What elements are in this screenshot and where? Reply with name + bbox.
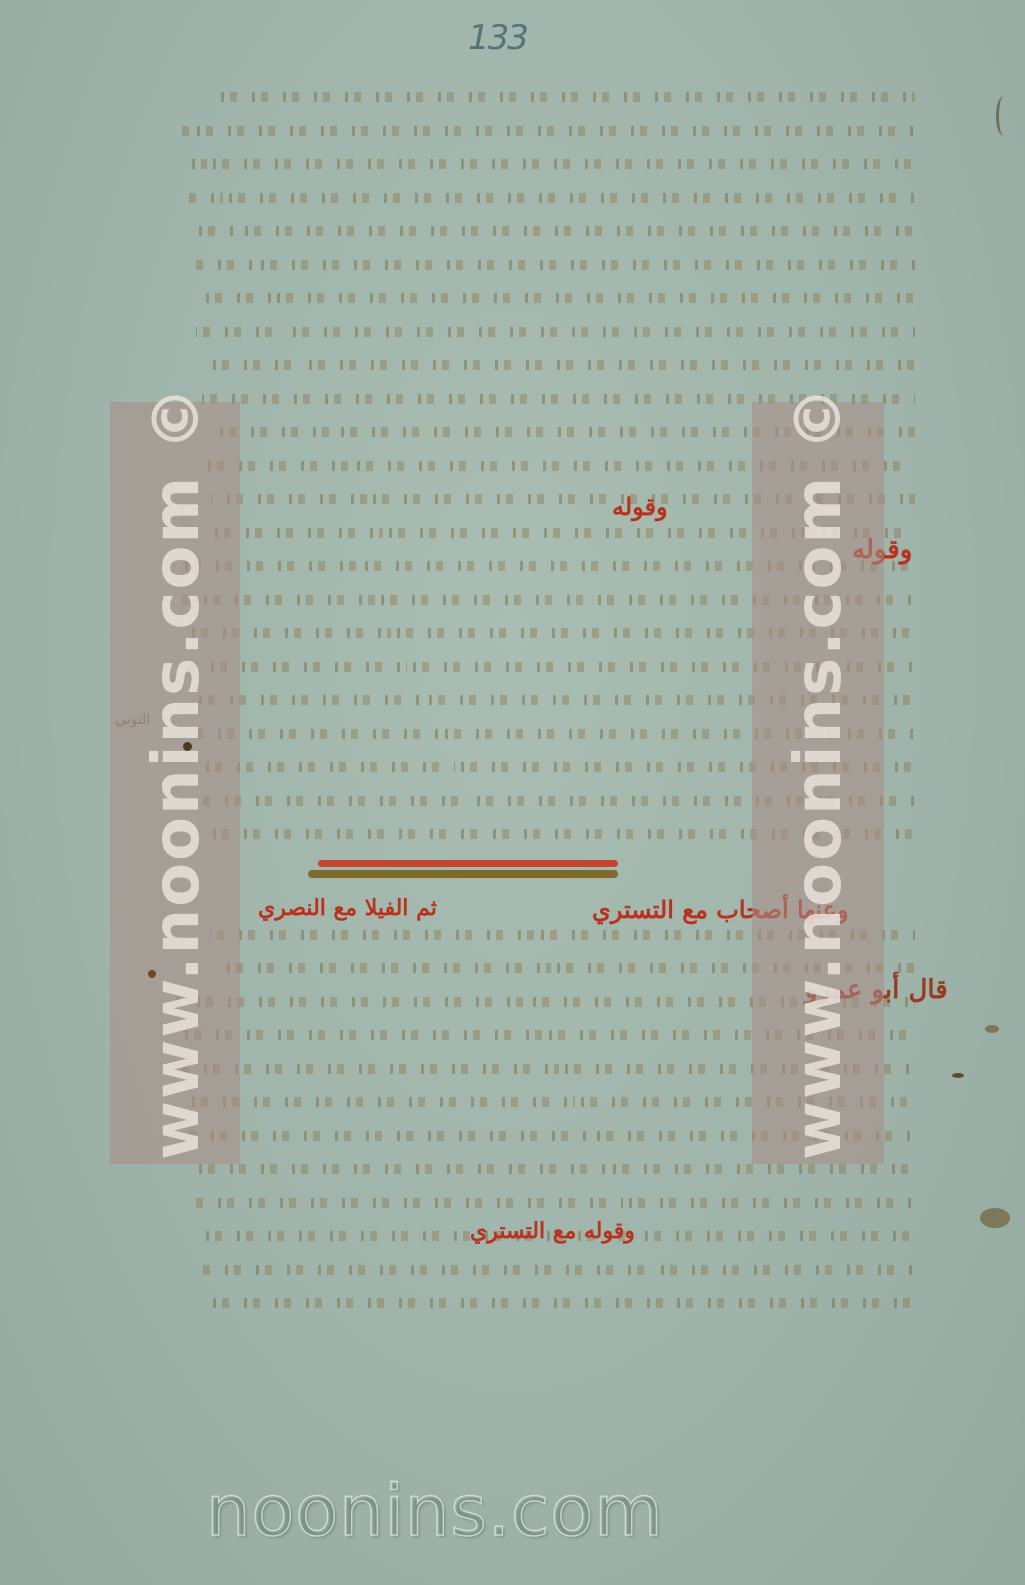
ink-dot xyxy=(148,970,156,978)
watermark-vertical-right: www.noonins.com © xyxy=(782,385,856,1160)
handwritten-ink-stroke xyxy=(196,315,915,345)
handwritten-ink-stroke xyxy=(184,181,915,211)
watermark-vertical-left: www.noonins.com © xyxy=(140,385,214,1160)
handwritten-ink-stroke xyxy=(200,1253,915,1283)
kashida-red-stroke xyxy=(318,860,618,867)
handwritten-ink-stroke xyxy=(190,248,915,278)
ink-dot xyxy=(183,742,192,751)
manuscript-text-line xyxy=(194,1186,915,1216)
paper-stain xyxy=(980,1208,1010,1228)
manuscript-text-line xyxy=(200,1253,915,1283)
manuscript-text-line xyxy=(203,1286,915,1316)
handwritten-ink-stroke xyxy=(203,1286,915,1316)
manuscript-text-line xyxy=(181,147,915,177)
manuscript-text-line xyxy=(199,348,915,378)
rubric-waqawluhu-top: وقوله xyxy=(612,492,668,521)
margin-bracket-mark xyxy=(996,96,1011,136)
paper-stain xyxy=(985,1025,999,1033)
handwritten-ink-stroke xyxy=(178,114,915,144)
decorative-kashida-stroke xyxy=(318,860,618,880)
manuscript-text-line xyxy=(190,248,915,278)
manuscript-page: 133 التوبي وقوله وقوله وعنها أصحاب مع ال… xyxy=(0,0,1025,1585)
rubric-heading-left: ثم الفيلا مع النصري xyxy=(258,895,437,921)
handwritten-ink-stroke xyxy=(187,214,915,244)
handwritten-ink-stroke xyxy=(194,1186,915,1216)
handwritten-ink-stroke xyxy=(199,348,915,378)
rubric-waqawluhu-bottom: وقوله مع التستري xyxy=(470,1218,635,1244)
manuscript-text-line xyxy=(196,315,915,345)
manuscript-text-line xyxy=(187,214,915,244)
manuscript-text-line xyxy=(193,281,915,311)
watermark-bottom: noonins.com xyxy=(206,1470,663,1552)
ink-dot xyxy=(952,1073,964,1078)
handwritten-ink-stroke xyxy=(193,281,915,311)
manuscript-text-line xyxy=(184,181,915,211)
kashida-brown-stroke xyxy=(308,870,618,878)
handwritten-ink-stroke xyxy=(181,147,915,177)
folio-number: 133 xyxy=(468,18,527,58)
manuscript-text-line xyxy=(178,114,915,144)
handwritten-ink-stroke xyxy=(215,80,915,110)
manuscript-text-line xyxy=(215,80,915,110)
